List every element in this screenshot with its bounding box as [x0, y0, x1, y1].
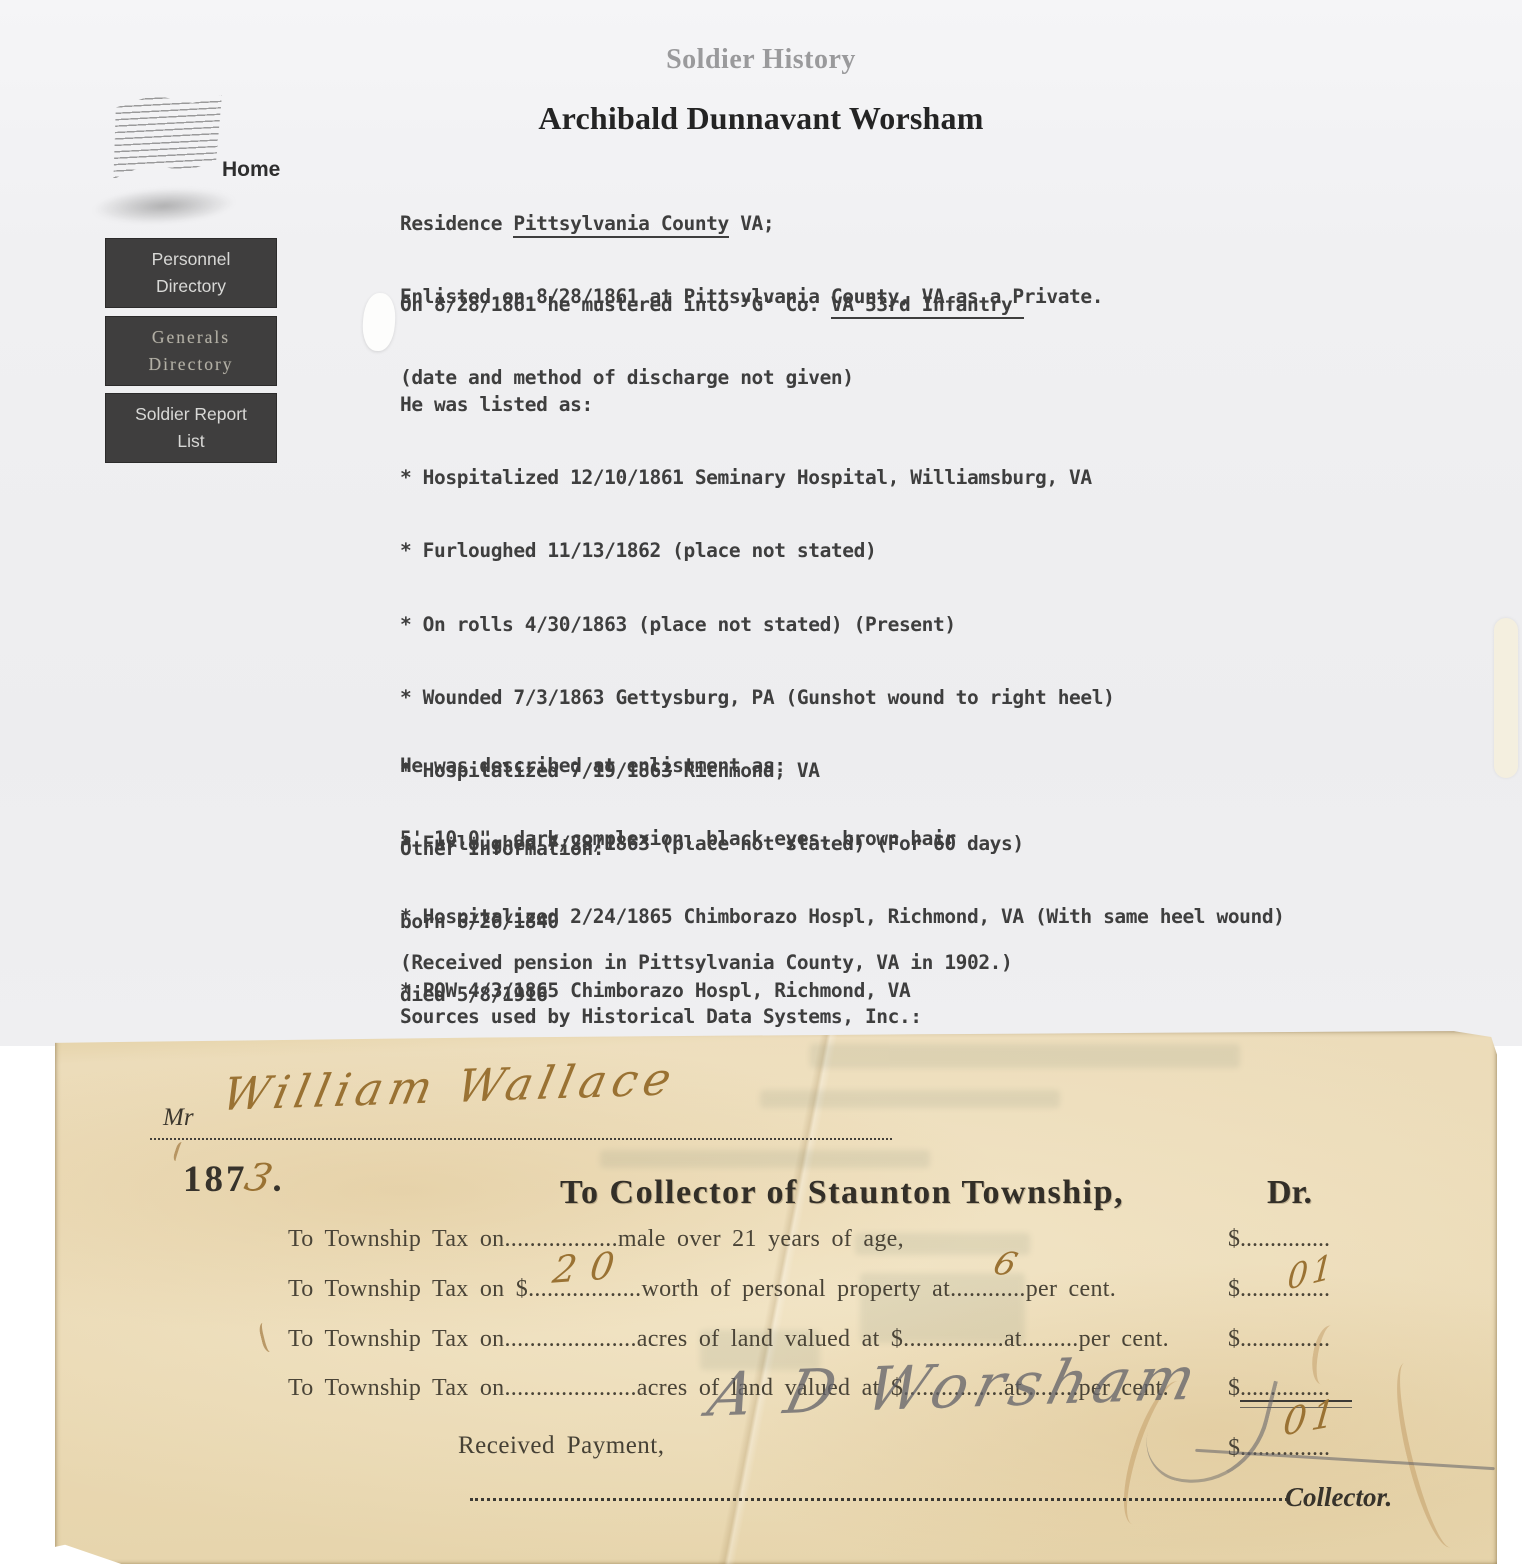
scan-artifact-strip — [1494, 618, 1518, 778]
sidebar-button-generals-directory: Generals Directory — [105, 316, 277, 386]
listed-item: * Furloughed 11/13/1862 (place not state… — [400, 539, 1285, 566]
handwritten-received-amount: 01 — [1281, 1390, 1342, 1444]
signature-dotted-line — [470, 1470, 1288, 1501]
scanned-page: Soldier History Archibald Dunnavant Wors… — [0, 0, 1522, 1564]
sidebar-button-soldier-report-list: Soldier Report List — [105, 393, 277, 463]
dr-label: Dr. — [1267, 1174, 1312, 1212]
soldier-history-printout: Soldier History Archibald Dunnavant Wors… — [0, 0, 1522, 1046]
home-link-label: Home — [222, 158, 280, 182]
tax-row-amount: $............... — [1228, 1326, 1330, 1353]
receipt-header: To Collector of Staunton Township, — [560, 1174, 1124, 1212]
sources-line: Sources used by Historical Data Systems,… — [400, 1005, 922, 1028]
bleedthrough-text — [600, 1150, 930, 1168]
page-title: Soldier History — [0, 44, 1522, 76]
muster-unit-underlined: VA 53rd Infantry — [831, 293, 1024, 319]
tax-row-amount: $............... — [1228, 1226, 1330, 1253]
bleedthrough-text — [760, 1090, 1060, 1108]
muster-prefix: On 8/28/1861 he mustered into "G" Co. — [400, 293, 831, 316]
received-payment-label: Received Payment, — [458, 1432, 665, 1460]
mr-label: Mr — [163, 1104, 194, 1132]
muster-line: On 8/28/1861 he mustered into "G" Co. VA… — [400, 293, 1024, 320]
listed-heading: He was listed as: — [400, 393, 1285, 420]
year-printed: 187 — [183, 1159, 248, 1200]
ink-bleed-mark — [1385, 1358, 1471, 1552]
residence-suffix: VA; — [729, 212, 774, 235]
ink-check-mark — [258, 1321, 278, 1353]
bleedthrough-text — [810, 1044, 1240, 1068]
described-heading: He was described at enlistment as: — [400, 754, 956, 781]
handwritten-property-value: 20 — [550, 1243, 631, 1292]
other-line: born 6/26/1840 — [400, 910, 831, 937]
listed-item: * On rolls 4/30/1863 (place not stated) … — [400, 613, 1285, 640]
collector-label: Collector. — [1285, 1482, 1392, 1513]
listed-item: * Hospitalized 12/10/1861 Seminary Hospi… — [400, 466, 1285, 493]
residence-line: Residence Pittsylvania County VA; — [400, 212, 1103, 239]
residence-county-underlined: Pittsylvania County — [513, 212, 728, 238]
pension-note: (Received pension in Pittsylvania County… — [400, 951, 1012, 974]
flag-shadow — [81, 188, 246, 224]
tax-receipt: Mr William Wallace 1873. To Collector of… — [55, 1030, 1497, 1564]
year-field: 1873. — [183, 1156, 282, 1201]
sidebar-button-personnel-directory: Personnel Directory — [105, 238, 277, 308]
residence-prefix: Residence — [400, 212, 513, 235]
other-heading: Other Information: — [400, 837, 831, 864]
scan-artifact-blob — [361, 292, 397, 352]
